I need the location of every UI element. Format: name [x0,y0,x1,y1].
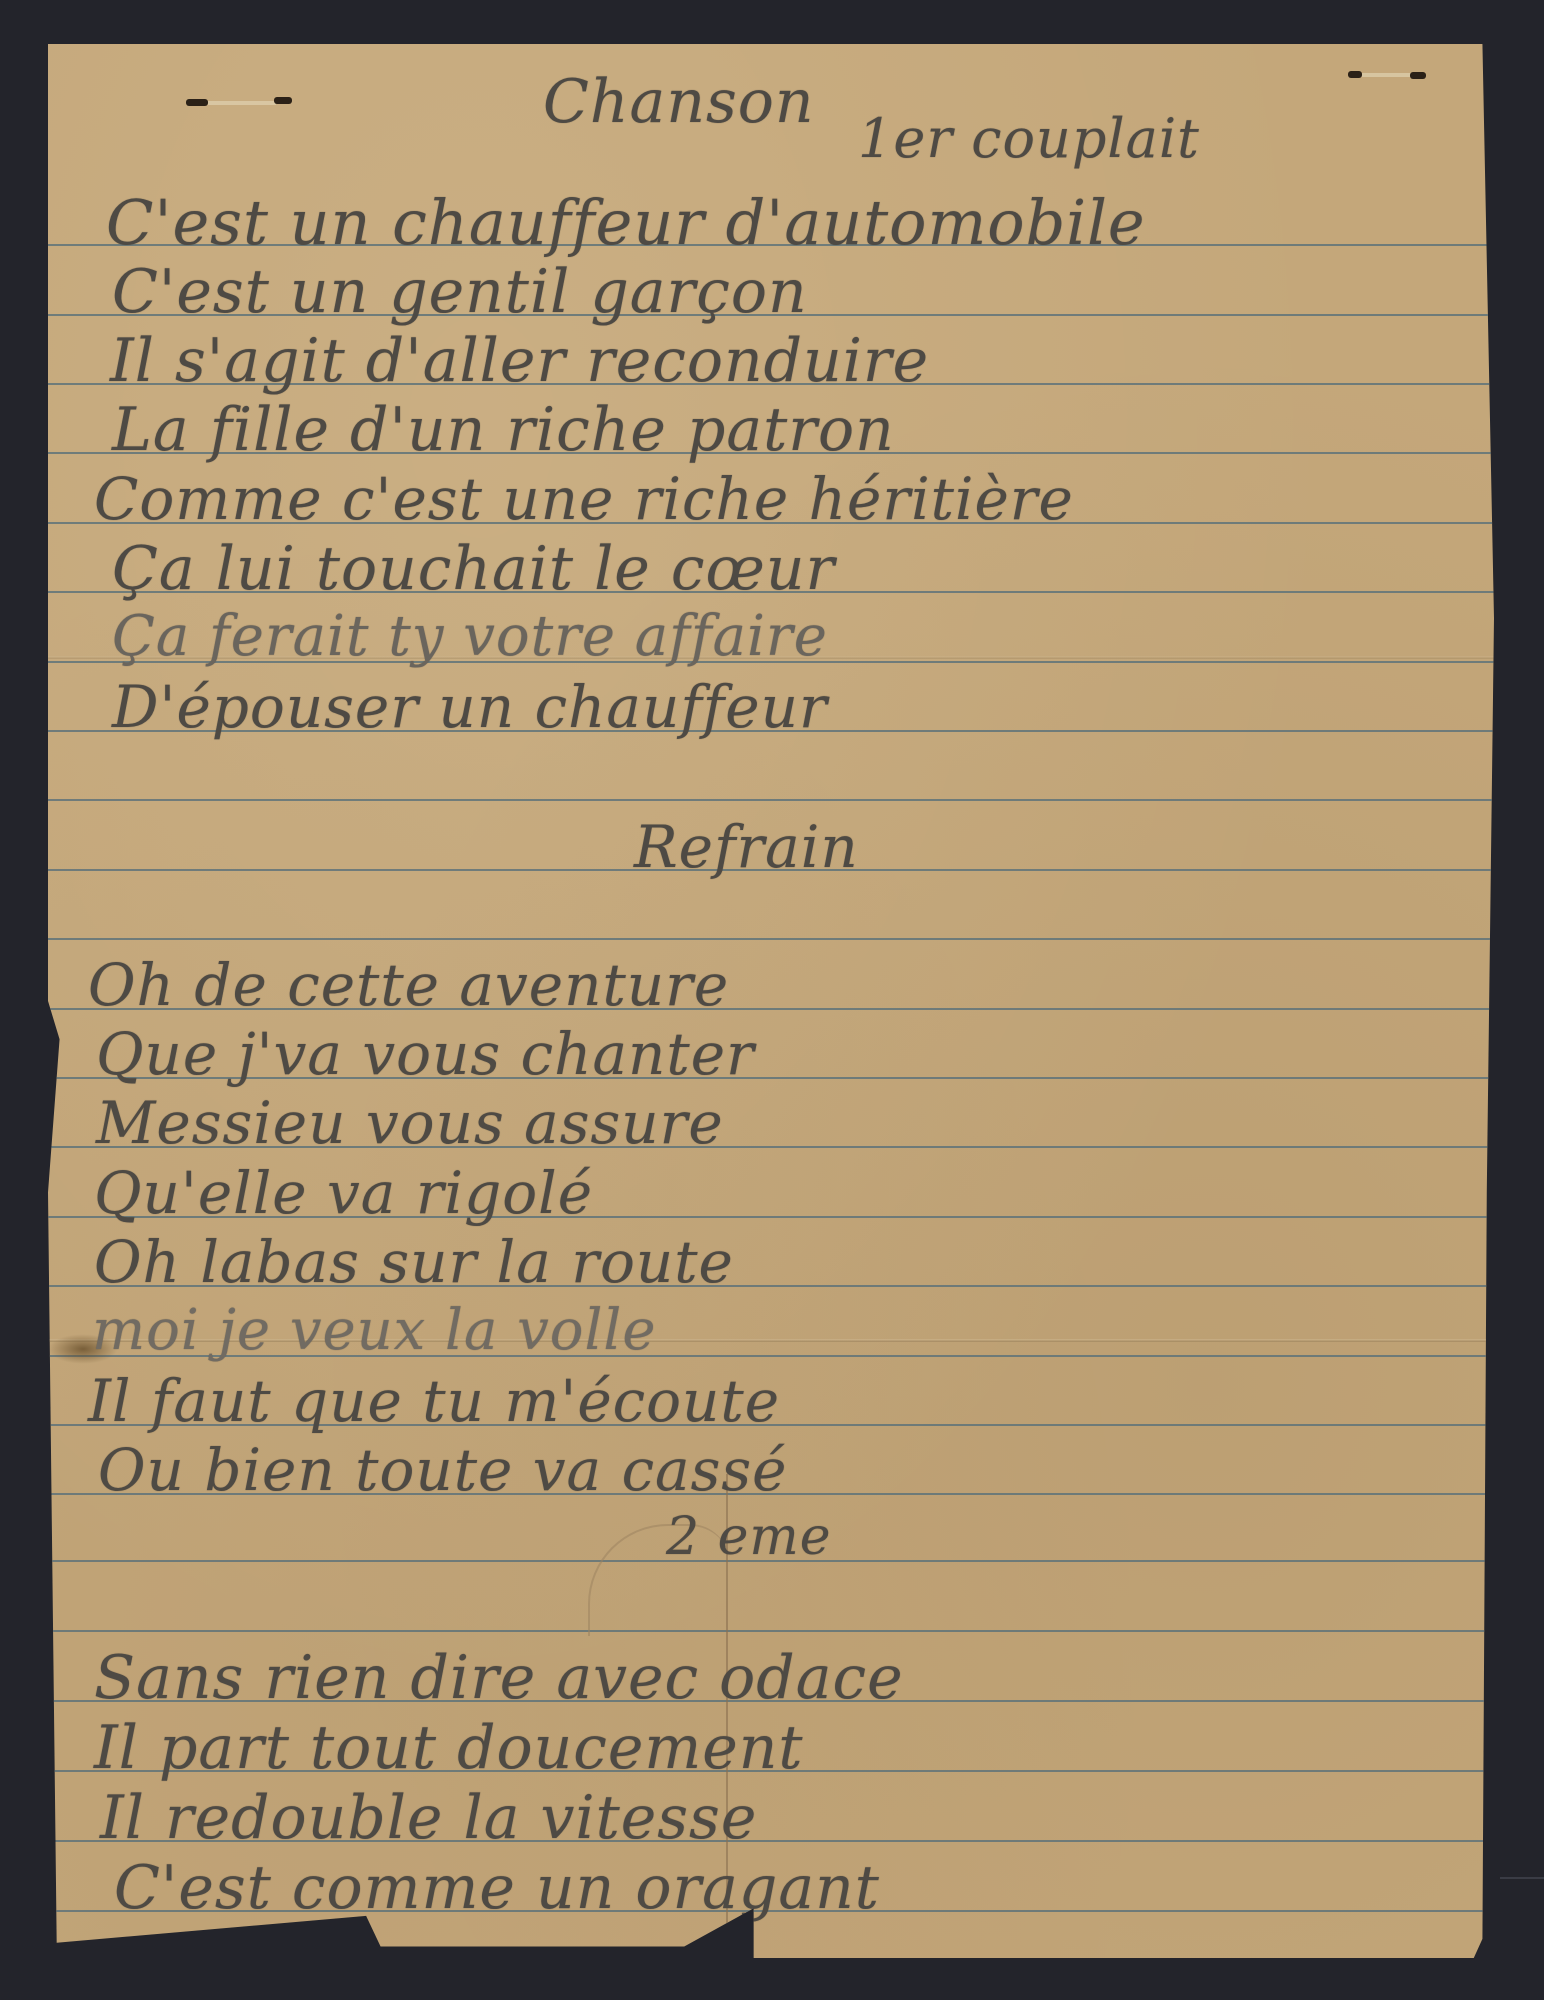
lyric-line: Ça lui touchait le cœur [112,539,835,599]
rule-line [48,938,1494,940]
lyric-line: La fille d'un riche patron [112,400,895,460]
lyric-line: C'est un gentil garçon [112,262,808,322]
verse-2-heading: 2 eme [666,1511,831,1563]
staple-hole-right-b [1410,72,1426,79]
staple-slot-right [1362,73,1412,77]
lyric-line: Il s'agit d'aller reconduire [110,331,929,391]
lyric-line: D'épouser un chauffeur [112,678,828,736]
lyric-line: Oh labas sur la route [94,1233,734,1291]
lyric-line: Messieu vous assure [96,1094,724,1152]
rule-line [48,799,1494,801]
backdrop-seam [1500,1877,1544,1879]
song-title: Chanson [543,72,815,132]
lyric-line: Oh de cette aventure [88,956,729,1014]
lyric-line: moi je veux la volle [92,1303,656,1359]
staple-slot-left [208,101,276,105]
lyric-line: Ou bien toute va cassé [98,1441,787,1499]
lyric-line: Il redouble la vitesse [100,1788,757,1848]
staple-hole-left-a [186,99,208,106]
lyric-line: Que j'va vous chanter [96,1025,755,1083]
lyric-line: Ça ferait ty votre affaire [112,609,828,665]
lyric-line: Sans rien dire avec odace [94,1648,904,1708]
lyric-line: Qu'elle va rigolé [94,1164,593,1222]
staple-hole-right-a [1348,71,1362,78]
rule-line [48,1630,1494,1632]
verse-1-heading: 1er couplait [858,112,1200,166]
refrain-heading: Refrain [634,818,859,876]
lyric-line: Il faut que tu m'écoute [88,1372,780,1430]
lyric-line: Il part tout doucement [94,1718,804,1778]
lyric-line: C'est un chauffeur d'automobile [106,192,1146,254]
staple-hole-left-b [274,97,292,104]
lined-paper-sheet: Chanson 1er couplait C'est un chauffeur … [48,44,1494,1958]
lyric-line: C'est comme un oragant [114,1858,880,1918]
lyric-line: Comme c'est une riche héritière [94,470,1074,528]
